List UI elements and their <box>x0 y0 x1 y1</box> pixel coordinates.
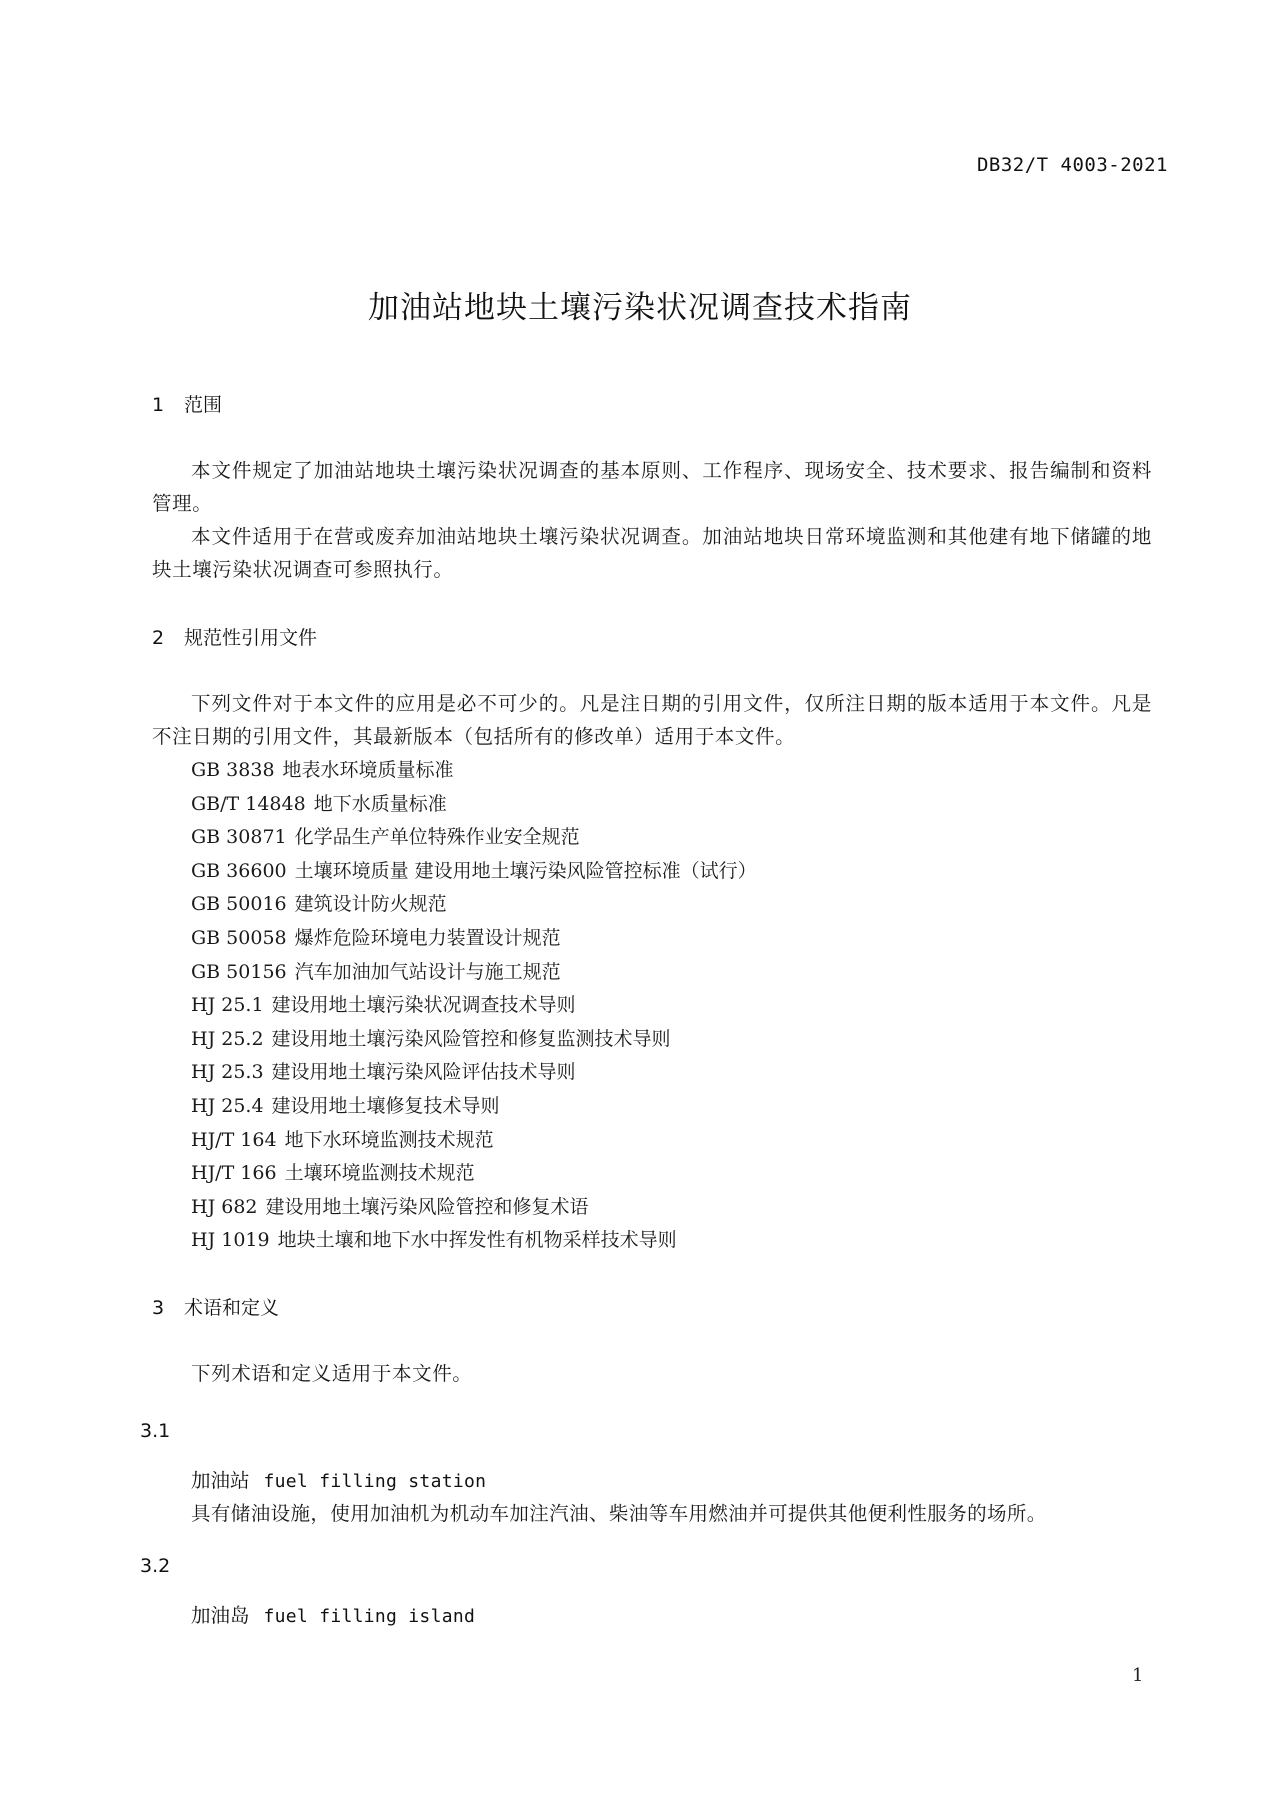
term-3-2-number: 3.2 <box>140 1555 170 1577</box>
reference-title: 汽车加油加气站设计与施工规范 <box>295 961 561 983</box>
reference-code: GB 3838 <box>191 759 275 781</box>
reference-code: GB 30871 <box>191 826 287 848</box>
section-number: 3 <box>152 1297 184 1319</box>
section-3-heading: 3术语和定义 <box>152 1293 279 1320</box>
page-number: 1 <box>1132 1665 1143 1686</box>
reference-code: HJ 25.4 <box>191 1095 264 1117</box>
section-title: 规范性引用文件 <box>184 627 317 649</box>
reference-title: 建设用地土壤污染风险评估技术导则 <box>272 1061 576 1083</box>
reference-item: HJ 25.3建设用地土壤污染风险评估技术导则 <box>191 1056 757 1090</box>
normative-references-list: GB 3838地表水环境质量标准 GB/T 14848地下水质量标准 GB 30… <box>191 754 757 1258</box>
reference-code: GB 36600 <box>191 860 287 882</box>
section-1-paragraph-2: 本文件适用于在营或废弃加油站地块土壤污染状况调查。加油站地块日常环境监测和其他建… <box>152 520 1152 586</box>
reference-code: GB 50016 <box>191 893 287 915</box>
reference-code: HJ 25.1 <box>191 994 264 1016</box>
section-2-heading: 2规范性引用文件 <box>152 623 317 650</box>
section-1-paragraph-1: 本文件规定了加油站地块土壤污染状况调查的基本原则、工作程序、现场安全、技术要求、… <box>152 454 1152 520</box>
reference-code: HJ/T 166 <box>191 1162 277 1184</box>
section-1-heading: 1范围 <box>152 390 222 417</box>
term-3-1: 加油站fuel filling station <box>191 1465 486 1493</box>
reference-code: HJ/T 164 <box>191 1129 277 1151</box>
reference-title: 地下水质量标准 <box>314 793 447 815</box>
reference-item: HJ 25.4建设用地土壤修复技术导则 <box>191 1090 757 1124</box>
reference-item: GB/T 14848地下水质量标准 <box>191 788 757 822</box>
reference-title: 地块土壤和地下水中挥发性有机物采样技术导则 <box>278 1229 677 1251</box>
reference-item: HJ/T 166土壤环境监测技术规范 <box>191 1157 757 1191</box>
term-en: fuel filling station <box>264 1471 487 1492</box>
reference-item: GB 3838地表水环境质量标准 <box>191 754 757 788</box>
section-number: 2 <box>152 627 184 649</box>
reference-code: HJ 25.2 <box>191 1028 264 1050</box>
section-title: 范围 <box>184 394 222 416</box>
reference-item: GB 36600土壤环境质量 建设用地土壤污染风险管控标准（试行） <box>191 855 757 889</box>
document-title: 加油站地块土壤污染状况调查技术指南 <box>0 282 1280 327</box>
reference-code: GB/T 14848 <box>191 793 306 815</box>
reference-item: HJ 682建设用地土壤污染风险管控和修复术语 <box>191 1191 757 1225</box>
document-page: DB32/T 4003-2021 加油站地块土壤污染状况调查技术指南 1范围 本… <box>0 0 1280 1810</box>
reference-title: 地下水环境监测技术规范 <box>285 1129 494 1151</box>
term-3-1-number: 3.1 <box>140 1420 170 1442</box>
reference-item: HJ 25.1建设用地土壤污染状况调查技术导则 <box>191 989 757 1023</box>
section-number: 1 <box>152 394 184 416</box>
reference-item: GB 50058爆炸危险环境电力装置设计规范 <box>191 922 757 956</box>
term-3-1-definition: 具有储油设施，使用加油机为机动车加注汽油、柴油等车用燃油并可提供其他便利性服务的… <box>191 1498 1047 1526</box>
reference-code: GB 50156 <box>191 961 287 983</box>
term-zh: 加油站 <box>191 1469 250 1492</box>
reference-code: HJ 682 <box>191 1196 258 1218</box>
reference-title: 建设用地土壤修复技术导则 <box>272 1095 500 1117</box>
term-en: fuel filling island <box>264 1606 476 1627</box>
document-code: DB32/T 4003-2021 <box>977 154 1168 176</box>
term-zh: 加油岛 <box>191 1604 250 1627</box>
reference-item: HJ 25.2建设用地土壤污染风险管控和修复监测技术导则 <box>191 1023 757 1057</box>
reference-title: 建设用地土壤污染状况调查技术导则 <box>272 994 576 1016</box>
reference-item: HJ/T 164地下水环境监测技术规范 <box>191 1124 757 1158</box>
reference-code: HJ 1019 <box>191 1229 270 1251</box>
term-3-2: 加油岛fuel filling island <box>191 1600 475 1628</box>
reference-code: HJ 25.3 <box>191 1061 264 1083</box>
section-2-paragraph-1: 下列文件对于本文件的应用是必不可少的。凡是注日期的引用文件，仅所注日期的版本适用… <box>152 687 1152 753</box>
reference-title: 土壤环境监测技术规范 <box>285 1162 475 1184</box>
reference-title: 化学品生产单位特殊作业安全规范 <box>295 826 580 848</box>
reference-item: GB 30871化学品生产单位特殊作业安全规范 <box>191 821 757 855</box>
reference-item: GB 50156汽车加油加气站设计与施工规范 <box>191 956 757 990</box>
reference-item: HJ 1019地块土壤和地下水中挥发性有机物采样技术导则 <box>191 1224 757 1258</box>
reference-title: 土壤环境质量 建设用地土壤污染风险管控标准（试行） <box>295 860 757 882</box>
reference-title: 建设用地土壤污染风险管控和修复术语 <box>266 1196 589 1218</box>
section-3-paragraph-1: 下列术语和定义适用于本文件。 <box>152 1357 1152 1390</box>
reference-title: 地表水环境质量标准 <box>283 759 454 781</box>
reference-title: 爆炸危险环境电力装置设计规范 <box>295 927 561 949</box>
section-title: 术语和定义 <box>184 1297 279 1319</box>
reference-title: 建筑设计防火规范 <box>295 893 447 915</box>
reference-item: GB 50016建筑设计防火规范 <box>191 888 757 922</box>
reference-title: 建设用地土壤污染风险管控和修复监测技术导则 <box>272 1028 671 1050</box>
reference-code: GB 50058 <box>191 927 287 949</box>
